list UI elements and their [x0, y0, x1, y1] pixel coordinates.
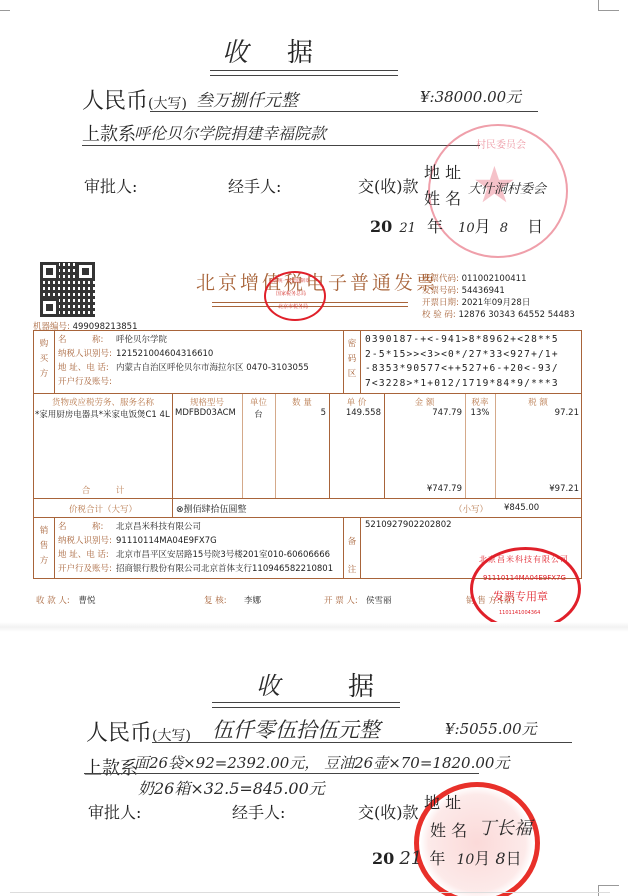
date-month: 10 [458, 221, 475, 236]
section-shadow [0, 622, 628, 632]
approver-label: 审批人: [84, 174, 137, 197]
seal-text: 村民委员会 [476, 136, 526, 151]
year-label: 年 [429, 849, 445, 868]
page-corner-mark [598, 0, 619, 11]
date-year: 21 [399, 221, 416, 236]
item-name: *家用厨房电器具*米家电饭煲C1 4L [35, 408, 170, 420]
buyer-char: 买 [38, 352, 50, 367]
address-label: 地 址 [424, 790, 461, 813]
seller-seal-bottom: 发票专用章 [493, 588, 548, 604]
payer-label: 交(收)款 [358, 174, 419, 197]
invoice-check-code: 校 验 码: 12876 30343 64552 54483 [422, 309, 575, 321]
divider [360, 331, 361, 393]
buyer-address-value: 内蒙古自治区呼伦贝尔市海拉尔区 0470-3103055 [116, 363, 309, 373]
cipher-line: -8353*90577<++527+6-+20<-93/ [365, 362, 559, 377]
seller-address: 地 址、电 话:北京市昌平区安居路15号院3号楼201室010-60606666 [58, 548, 333, 562]
total-tax: ¥97.21 [495, 484, 579, 494]
buyer-info: 名 称:呼伦贝尔学院 纳税人识别号:121521004604316610 地 址… [58, 333, 309, 389]
tax-seal-line2: 国家税务总局 [276, 290, 306, 297]
receipt-title-char2: 据 [287, 32, 315, 69]
seller-info: 名 称:北京昌米科技有限公司 纳税人识别号:91110114MA04E9FX7G… [58, 520, 333, 576]
seller-name: 名 称:北京昌米科技有限公司 [58, 520, 333, 534]
date-year-prefix: 20 [372, 849, 394, 868]
reviewer-value: 李娜 [244, 594, 261, 606]
cipher-line: 2-5*15>><3><0*/27*33<927+/1+ [365, 348, 559, 363]
item-price: 149.558 [329, 408, 381, 418]
buyer-tax-id: 纳税人识别号:121521004604316610 [58, 347, 309, 361]
number-value: 54436941 [462, 286, 505, 296]
col-header-qty: 数 量 [275, 396, 329, 408]
buyer-tax-id-label: 纳税人识别号: [58, 347, 116, 361]
remark-char: 注 [346, 556, 358, 584]
remark-char: 备 [346, 528, 358, 556]
cipher-char: 码 [346, 352, 358, 367]
name-label: 姓 名 [430, 818, 467, 841]
item-tax: 97.21 [495, 408, 579, 418]
tax-bureau-seal: 全国统一发票监制章 国家税务总局 北京市税务局 [264, 271, 326, 321]
item-unit: 台 [242, 408, 275, 420]
amount-figure: ¥:5055.00元 [445, 718, 537, 739]
seller-section-label: 销 售 方 [38, 524, 50, 569]
seller-char: 售 [38, 539, 50, 554]
amount-underline [152, 742, 572, 743]
col-header-unit: 单位 [242, 396, 275, 408]
invoice-meta: 发票代码: 011002100411 发票号码: 54436941 开票日期: … [422, 273, 575, 321]
receipt-title-char2: 据 [348, 666, 376, 703]
buyer-section-label: 购 买 方 [38, 337, 50, 382]
month-label: 月 [475, 217, 491, 236]
date-day: 8 [495, 849, 505, 868]
seller-seal-no: 1101141004364 [499, 610, 540, 616]
divider [54, 331, 55, 393]
day-label: 日 [527, 217, 543, 236]
approver-label: 审批人: [88, 800, 141, 823]
items-area: 货物或应税劳务、服务名称 规格型号 单位 数 量 单 价 金 额 税率 税 额 … [34, 394, 581, 499]
seller-char: 销 [38, 524, 50, 539]
receipt-date: 20 21 年 10月 8 日 [370, 214, 543, 237]
purpose-line1: 面26袋×92=2392.00元， 豆油26壶×70=1820.00元 [134, 752, 509, 773]
number-label: 发票号码: [422, 286, 459, 296]
title-underline [210, 70, 398, 76]
invoice-date: 开票日期: 2021年09月28日 [422, 297, 575, 309]
item-spec: MDFBD03ACM [175, 408, 236, 418]
col-header-spec: 规格型号 [172, 396, 242, 408]
cipher-line: 7<3228>*1+012/1719*84*9/***3 [365, 377, 559, 392]
buyer-bank: 开户行及账号: [58, 375, 309, 389]
date-value: 2021年09月28日 [462, 298, 531, 308]
handler-label: 经手人: [228, 174, 281, 197]
tax-seal-line3: 北京市税务局 [278, 303, 308, 310]
date-label: 开票日期: [422, 298, 459, 308]
buyer-char: 方 [38, 367, 50, 382]
name-label: 姓 名 [424, 186, 461, 209]
year-label: 年 [427, 217, 443, 236]
check-label: 校 验 码: [422, 310, 456, 320]
seller-bank-value: 招商银行股份有限公司北京首体支行110946582210801 [116, 564, 333, 574]
col-header-tax: 税 额 [495, 396, 581, 408]
buyer-name-value: 呼伦贝尔学院 [116, 335, 167, 345]
seller-tax-id: 纳税人识别号:91110114MA04E9FX7G [58, 534, 333, 548]
rmb-text: 人民币 [86, 721, 152, 746]
seller-char: 方 [38, 554, 50, 569]
buyer-tax-id-value: 121521004604316610 [116, 349, 213, 359]
seller-address-label: 地 址、电 话: [58, 548, 116, 562]
cipher-char: 密 [346, 337, 358, 352]
code-value: 011002100411 [462, 274, 527, 284]
col-header-amount: 金 额 [384, 396, 465, 408]
payer-name: 丁长福 [478, 814, 532, 840]
buyer-name: 名 称:呼伦贝尔学院 [58, 333, 309, 347]
purpose-text: 呼伦贝尔学院捐建幸福院款 [134, 121, 326, 144]
date-year-prefix: 20 [370, 217, 392, 236]
seller-name-label: 名 称: [58, 520, 116, 534]
amount-figure: ¥:38000.00元 [420, 86, 521, 107]
date-day: 8 [500, 221, 508, 236]
date-month: 10 [456, 852, 474, 868]
payee-value: 曹悦 [78, 596, 95, 606]
reviewer-label: 复 核: [204, 594, 227, 606]
divider [172, 499, 173, 517]
page-corner-mark [0, 10, 10, 11]
invoice-code: 发票代码: 011002100411 [422, 273, 575, 285]
divider [54, 518, 55, 578]
invoice-table: 购 买 方 名 称:呼伦贝尔学院 纳税人识别号:1215210046043166… [33, 330, 582, 579]
divider [360, 518, 361, 578]
remark-section-label: 备 注 [346, 528, 358, 584]
item-rate: 13% [465, 408, 495, 418]
amount-underline [150, 111, 538, 112]
invoice-number: 发票号码: 54436941 [422, 285, 575, 297]
seller-invoice-seal: 北京昌米科技有限公司 91110114MA04E9FX7G 发票专用章 1101… [470, 547, 581, 631]
grand-total-figure: ¥845.00 [504, 503, 539, 513]
grand-total-label: 价税合计（大写） [34, 503, 172, 515]
divider [343, 331, 344, 393]
page-corner-mark [598, 885, 619, 896]
rmb-text: 人民币 [82, 89, 148, 114]
drawer-value: 侯雪丽 [366, 594, 392, 606]
day-label: 日 [506, 849, 522, 868]
seller-address-value: 北京市昌平区安居路15号院3号楼201室010-60606666 [116, 550, 330, 560]
payer-label: 交(收)款 [358, 800, 419, 823]
bottom-edge [10, 892, 610, 893]
purpose-line2: 奶26箱×32.5=845.00元 [138, 776, 325, 799]
buyer-address: 地 址、电 话:内蒙古自治区呼伦贝尔市海拉尔区 0470-3103055 [58, 361, 309, 375]
divider [172, 394, 173, 498]
total-label: 合 计 [34, 484, 172, 496]
purpose-label: 上款系 [84, 754, 138, 780]
code-label: 发票代码: [422, 274, 459, 284]
title-underline [212, 702, 400, 708]
cipher-section-label: 密 码 区 [346, 337, 358, 382]
col-header-name: 货物或应税劳务、服务名称 [34, 396, 172, 408]
buyer-char: 购 [38, 337, 50, 352]
grand-small-label: （小写） [454, 503, 488, 515]
amount-words: 叁万捌仟元整 [196, 86, 298, 111]
purpose-underline [82, 145, 480, 146]
seller-tax-id-label: 纳税人识别号: [58, 534, 116, 548]
buyer-bank-label: 开户行及账号: [58, 375, 116, 389]
month-label: 月 [474, 849, 490, 868]
qr-code [40, 262, 95, 317]
item-amount: 747.79 [384, 408, 462, 418]
col-header-price: 单 价 [329, 396, 384, 408]
buyer-address-label: 地 址、电 话: [58, 361, 116, 375]
seller-bank-label: 开户行及账号: [58, 562, 116, 576]
drawer-label: 开 票 人: [324, 594, 358, 606]
buyer-row: 购 买 方 名 称:呼伦贝尔学院 纳税人识别号:1215210046043166… [34, 331, 581, 394]
seller-seal-id: 91110114MA04E9FX7G [483, 574, 566, 582]
purpose-label: 上款系 [82, 120, 136, 146]
grand-total-row: 价税合计（大写） ⊗捌佰肆拾伍圆整 （小写） ¥845.00 [34, 499, 581, 518]
amount-words: 伍仟零伍拾伍元整 [212, 714, 380, 744]
tax-seal-line1: 全国统一发票监制章 [269, 278, 310, 284]
total-amount: ¥747.79 [384, 484, 462, 494]
cipher-text: 0390187-+<-941>8*8962+<28**5 2-5*15>><3>… [365, 333, 559, 391]
cipher-line: 0390187-+<-941>8*8962+<28**5 [365, 333, 559, 348]
buyer-name-label: 名 称: [58, 333, 116, 347]
receipt-date: 20 21 年 10月 8日 [372, 846, 522, 869]
address-label: 地 址 [424, 160, 461, 183]
cipher-char: 区 [346, 367, 358, 382]
payer-name: 大什洞村委会 [468, 178, 546, 197]
receipt-title-char1: 收 [256, 666, 282, 701]
receipt-title-char1: 收 [222, 32, 250, 69]
daxie-text: (大写) [148, 96, 187, 112]
purpose-underline [84, 773, 479, 774]
divider [343, 518, 344, 578]
seller-tax-id-value: 91110114MA04E9FX7G [116, 536, 217, 546]
seller-seal-top: 北京昌米科技有限公司 [479, 554, 569, 565]
check-value: 12876 30343 64552 54483 [458, 310, 574, 320]
payee-label: 收 款 人: [36, 596, 70, 606]
col-header-rate: 税率 [465, 396, 495, 408]
handler-label: 经手人: [232, 800, 285, 823]
grand-total-words: ⊗捌佰肆拾伍圆整 [176, 502, 247, 515]
item-qty: 5 [275, 408, 326, 418]
date-year: 21 [399, 848, 422, 869]
remark-text: 5210927902202802 [365, 520, 452, 530]
seller-name-value: 北京昌米科技有限公司 [116, 522, 201, 532]
seller-bank: 开户行及账号:招商银行股份有限公司北京首体支行110946582210801 [58, 562, 333, 576]
